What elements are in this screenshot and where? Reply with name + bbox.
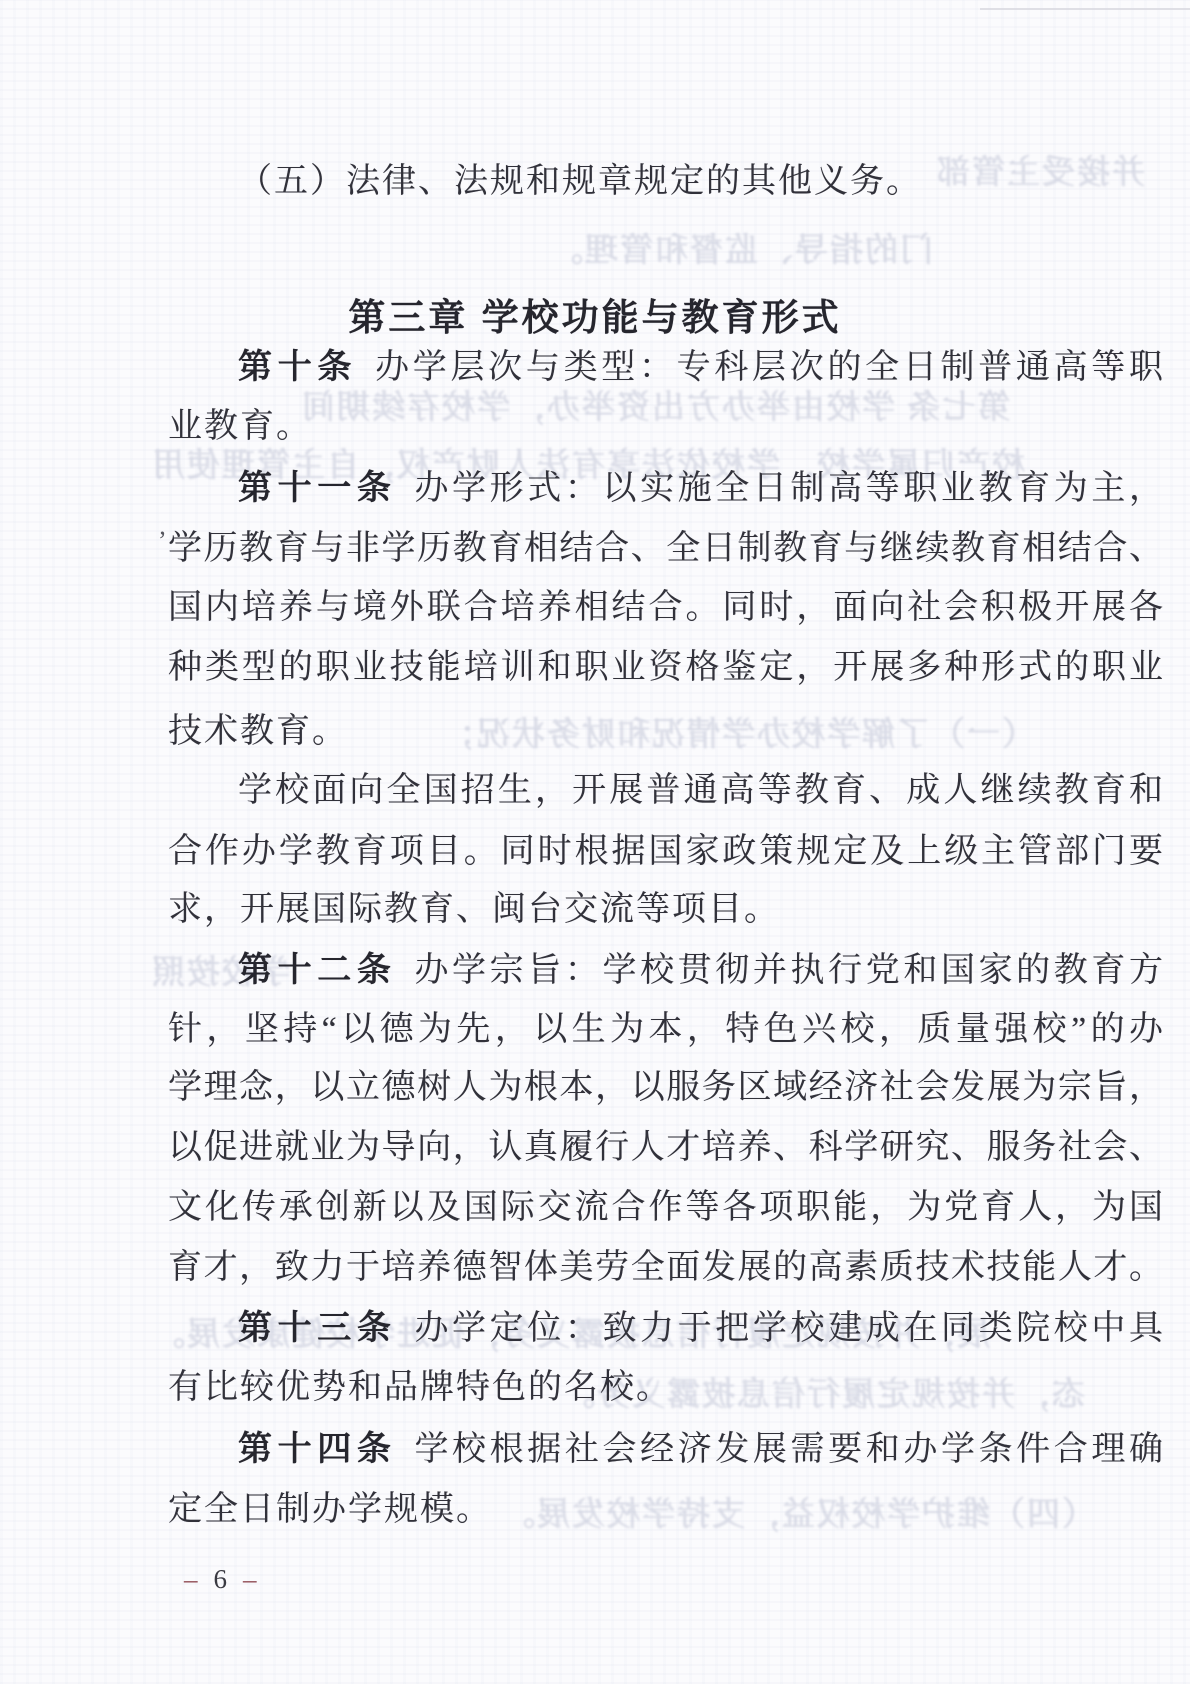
page-number-value: 6 bbox=[214, 1564, 230, 1594]
body-line: 第十一条办学形式：以实施全日制高等职业教育为主， bbox=[168, 466, 1163, 511]
page-number: –6– bbox=[170, 1564, 273, 1595]
article-number: 第十条 bbox=[238, 348, 357, 386]
body-line-text: 学理念，以立德树人为根本，以服务区域经济社会发展为宗旨， bbox=[168, 1069, 1163, 1106]
body-line-text: 办学层次与类型：专科层次的全日制普通高等职 bbox=[375, 349, 1163, 386]
body-line-text: 学历教育与非学历教育相结合、全日制教育与继续教育相结合、 bbox=[168, 530, 1163, 567]
body-line: （五）法律、法规和规章规定的其他义务。 bbox=[168, 160, 1163, 204]
body-line-text: 学校面向全国招生，开展普通高等教育、成人继续教育和 bbox=[238, 772, 1163, 809]
body-line: 学理念，以立德树人为根本，以服务区域经济社会发展为宗旨， bbox=[168, 1066, 1163, 1110]
body-line-text: 文化传承创新以及国际交流合作等各项职能，为党育人，为国 bbox=[168, 1189, 1163, 1226]
article-number: 第十三条 bbox=[238, 1309, 396, 1347]
body-line-text: 求，开展国际教育、闽台交流等项目。 bbox=[168, 891, 780, 928]
body-line: 以促进就业为导向，认真履行人才培养、科学研究、服务社会、 bbox=[168, 1126, 1163, 1170]
body-line-text: 育才，致力于培养德智体美劳全面发展的高素质技术技能人才。 bbox=[168, 1249, 1163, 1286]
body-line: 业教育。 bbox=[168, 405, 1163, 449]
body-line: 文化传承创新以及国际交流合作等各项职能，为党育人，为国 bbox=[168, 1186, 1163, 1230]
body-line: 种类型的职业技能培训和职业资格鉴定，开展多种形式的职业 bbox=[168, 646, 1163, 690]
article-number: 第十一条 bbox=[238, 469, 396, 507]
body-line-text: 技术教育。 bbox=[168, 713, 348, 750]
body-line: 国内培养与境外联合培养相结合。同时，面向社会积极开展各 bbox=[168, 586, 1163, 630]
body-line-text: 国内培养与境外联合培养相结合。同时，面向社会积极开展各 bbox=[168, 589, 1163, 626]
scan-edge-artifact bbox=[980, 8, 1190, 10]
body-line: 学校面向全国招生，开展普通高等教育、成人继续教育和 bbox=[168, 769, 1163, 813]
bleed-through-text: 门的指导、监督和管理。 bbox=[548, 224, 933, 271]
body-line-text: 有比较优势和品牌特色的名校。 bbox=[168, 1369, 672, 1406]
scanned-document-page: 并接受主管部 门的指导、监督和管理。 第七条 学校由举办方出资举办，学校存续期间… bbox=[0, 0, 1190, 1684]
body-line: 学历教育与非学历教育相结合、全日制教育与继续教育相结合、 bbox=[168, 527, 1163, 571]
chapter-heading: 第三章 学校功能与教育形式 bbox=[0, 287, 1190, 341]
scan-speck: ’ bbox=[158, 526, 167, 556]
body-line: 育才，致力于培养德智体美劳全面发展的高素质技术技能人才。 bbox=[168, 1246, 1163, 1290]
body-line: 技术教育。 bbox=[168, 710, 1163, 754]
body-line-text: 合作办学教育项目。同时根据国家政策规定及上级主管部门要 bbox=[168, 833, 1163, 870]
body-line: 有比较优势和品牌特色的名校。 bbox=[168, 1366, 1163, 1410]
body-line: 合作办学教育项目。同时根据国家政策规定及上级主管部门要 bbox=[168, 830, 1163, 874]
body-line-text: （五）法律、法规和规章规定的其他义务。 bbox=[238, 163, 922, 200]
body-line: 第十四条学校根据社会经济发展需要和办学条件合理确 bbox=[168, 1427, 1163, 1472]
body-line-text: 办学定位：致力于把学校建成在同类院校中具 bbox=[414, 1310, 1163, 1347]
body-line-text: 种类型的职业技能培训和职业资格鉴定，开展多种形式的职业 bbox=[168, 649, 1163, 686]
article-number: 第十二条 bbox=[238, 951, 396, 989]
body-line: 第十二条办学宗旨：学校贯彻并执行党和国家的教育方 bbox=[168, 948, 1163, 993]
body-line: 第十三条办学定位：致力于把学校建成在同类院校中具 bbox=[168, 1306, 1163, 1351]
page-number-dash-right: – bbox=[229, 1564, 273, 1594]
body-line-text: 学校根据社会经济发展需要和办学条件合理确 bbox=[414, 1431, 1163, 1468]
article-number: 第十四条 bbox=[238, 1430, 396, 1468]
body-line: 第十条办学层次与类型：专科层次的全日制普通高等职 bbox=[168, 345, 1163, 390]
body-line-text: 定全日制办学规模。 bbox=[168, 1491, 492, 1528]
body-line-text: 针，坚持“以德为先，以生为本，特色兴校，质量强校”的办 bbox=[168, 1011, 1163, 1048]
body-line: 定全日制办学规模。 bbox=[168, 1488, 1163, 1532]
page-number-dash-left: – bbox=[170, 1564, 214, 1594]
body-line: 求，开展国际教育、闽台交流等项目。 bbox=[168, 888, 1163, 932]
body-line-text: 业教育。 bbox=[168, 408, 312, 445]
body-line-text: 以促进就业为导向，认真履行人才培养、科学研究、服务社会、 bbox=[168, 1129, 1163, 1166]
body-line-text: 办学宗旨：学校贯彻并执行党和国家的教育方 bbox=[414, 952, 1163, 989]
body-line-text: 办学形式：以实施全日制高等职业教育为主， bbox=[414, 470, 1163, 507]
body-line: 针，坚持“以德为先，以生为本，特色兴校，质量强校”的办 bbox=[168, 1008, 1163, 1052]
